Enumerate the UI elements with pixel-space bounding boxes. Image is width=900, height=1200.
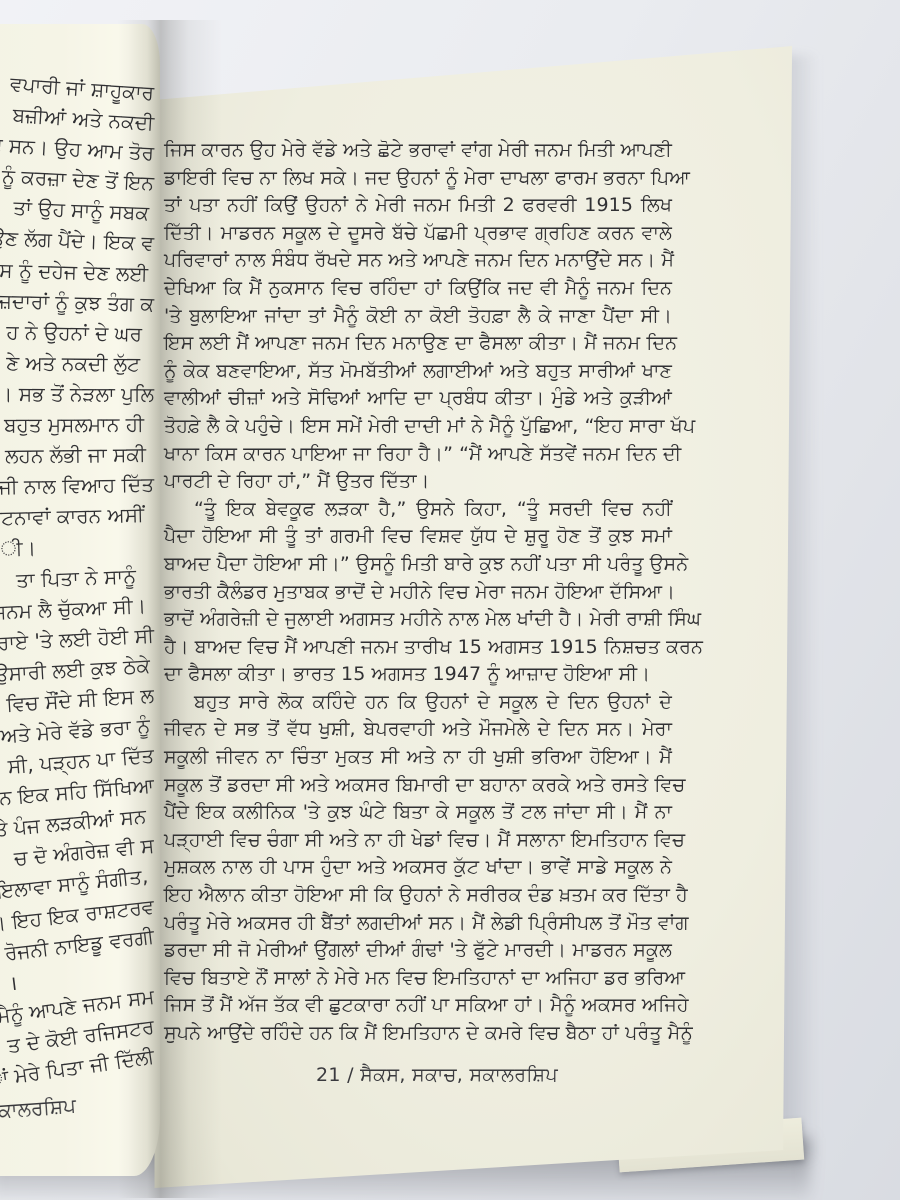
page-number: 21	[316, 1064, 341, 1086]
text-line: ਹੈ। ਬਾਅਦ ਵਿਚ ਮੈਂ ਆਪਣੀ ਜਨਮ ਤਾਰੀਖ 15 ਅਗਸਤ …	[164, 634, 672, 662]
page-footer: 21 / ਸੈਕਸ, ਸਕਾਚ, ਸਕਾਲਰਸ਼ਿਪ	[316, 1064, 558, 1086]
text-line: ਇਹ ਐਲਾਨ ਕੀਤਾ ਹੋਇਆ ਸੀ ਕਿ ਉਹਨਾਂ ਨੇ ਸਰੀਰਕ ਦ…	[164, 882, 672, 910]
text-line: ਡਰਦਾ ਸੀ ਜੋ ਮੇਰੀਆਂ ਉਂਗਲਾਂ ਦੀਆਂ ਗੰਢਾਂ 'ਤੇ …	[164, 937, 672, 965]
right-page: ਜਿਸ ਕਾਰਨ ਉਹ ਮੇਰੇ ਵੱਡੇ ਅਤੇ ਛੋਟੇ ਭਰਾਵਾਂ ਵਾ…	[152, 38, 794, 1188]
text-line: ਭਾਰਤੀ ਕੈਲੰਡਰ ਮੁਤਾਬਕ ਭਾਦੋਂ ਦੇ ਮਹੀਨੇ ਵਿਚ ਮ…	[164, 579, 672, 607]
left-page-text-block: ਵਪਾਰੀ ਜਾਂ ਸ਼ਾਹੂਕਾਰਬਜ਼ੀਆਂ ਅਤੇ ਨਕਦੀਦੇ ਸਨ। …	[0, 78, 154, 1071]
text-line: ਵਿਚ ਬਿਤਾਏ ਨੌਂ ਸਾਲਾਂ ਨੇ ਮੇਰੇ ਮਨ ਵਿਚ ਇਮਤਿਹ…	[164, 965, 672, 993]
text-line: ਜੀਵਨ ਦੇ ਸਭ ਤੋਂ ਵੱਧ ਖੁਸ਼ੀ, ਬੇਪਰਵਾਹੀ ਅਤੇ ਮ…	[164, 716, 672, 744]
left-page-text-fragment: ਹ ਨੇ ਉਹਨਾਂ ਦੇ ਘਰ	[0, 312, 154, 348]
left-page-curled: ਵਪਾਰੀ ਜਾਂ ਸ਼ਾਹੂਕਾਰਬਜ਼ੀਆਂ ਅਤੇ ਨਕਦੀਦੇ ਸਨ। …	[0, 24, 160, 1176]
text-line: ਬਾਅਦ ਪੈਦਾ ਹੋਇਆ ਸੀ।” ਉਸਨੂੰ ਮਿਤੀ ਬਾਰੇ ਕੁਝ …	[164, 551, 672, 579]
text-line: ਸਕੂਲੀ ਜੀਵਨ ਨਾ ਚਿੰਤਾ ਮੁਕਤ ਸੀ ਅਤੇ ਨਾ ਹੀ ਖੁ…	[164, 744, 672, 772]
text-line: ਖਾਨਾ ਕਿਸ ਕਾਰਨ ਪਾਇਆ ਜਾ ਰਿਹਾ ਹੈ।” “ਮੈਂ ਆਪਣ…	[164, 441, 672, 469]
text-line: ਨੂੰ ਕੇਕ ਬਣਵਾਇਆ, ਸੱਤ ਮੋਮਬੱਤੀਆਂ ਲਗਾਈਆਂ ਅਤੇ…	[164, 358, 672, 386]
text-line: ਤਾਂ ਪਤਾ ਨਹੀਂ ਕਿਉਂ ਉਹਨਾਂ ਨੇ ਮੇਰੀ ਜਨਮ ਮਿਤੀ…	[164, 192, 672, 220]
open-book-photo: ਜਿਸ ਕਾਰਨ ਉਹ ਮੇਰੇ ਵੱਡੇ ਅਤੇ ਛੋਟੇ ਭਰਾਵਾਂ ਵਾ…	[0, 0, 900, 1200]
text-line: ਵਾਲੀਆਂ ਚੀਜ਼ਾਂ ਅਤੇ ਸੋਢਿਆਂ ਆਦਿ ਦਾ ਪ੍ਰਬੰਧ ਕ…	[164, 385, 672, 413]
text-line: ਤੋਹਫ਼ੇ ਲੈ ਕੇ ਪਹੁੰਚੇ। ਇਸ ਸਮੇਂ ਮੇਰੀ ਦਾਦੀ ਮ…	[164, 413, 672, 441]
text-line: ਦਿੱਤੀ। ਮਾਡਰਨ ਸਕੂਲ ਦੇ ਦੂਸਰੇ ਬੱਚੇ ਪੱਛਮੀ ਪ੍…	[164, 220, 672, 248]
text-line: ਜਿਸ ਕਾਰਨ ਉਹ ਮੇਰੇ ਵੱਡੇ ਅਤੇ ਛੋਟੇ ਭਰਾਵਾਂ ਵਾ…	[164, 137, 672, 165]
text-line: ਦਾ ਫੈਸਲਾ ਕੀਤਾ। ਭਾਰਤ 15 ਅਗਸਤ 1947 ਨੂੰ ਆਜ਼…	[164, 661, 672, 689]
text-line: ਪਰੰਤੂ ਮੇਰੇ ਅਕਸਰ ਹੀ ਬੈਂਤਾਂ ਲਗਦੀਆਂ ਸਨ। ਮੈਂ…	[164, 910, 672, 938]
text-line: ਪੈਦਾ ਹੋਇਆ ਸੀ ਤੂੰ ਤਾਂ ਗਰਮੀ ਵਿਚ ਵਿਸ਼ਵ ਯੁੱਧ…	[164, 523, 672, 551]
text-line: 'ਤੇ ਬੁਲਾਇਆ ਜਾਂਦਾ ਤਾਂ ਮੈਨੂੰ ਕੋਈ ਨਾ ਕੋਈ ਤੋ…	[164, 303, 672, 331]
text-line: ਭਾਦੋਂ ਅੰਗਰੇਜ਼ੀ ਦੇ ਜੁਲਾਈ ਅਗਸਤ ਮਹੀਨੇ ਨਾਲ ਮ…	[164, 606, 672, 634]
text-line: “ਤੂੰ ਇਕ ਬੇਵਕੂਫ ਲੜਕਾ ਹੈ,” ਉਸਨੇ ਕਿਹਾ, “ਤੂੰ…	[164, 496, 672, 524]
text-line: ਪੈਂਦੇ ਇਕ ਕਲੀਨਿਕ 'ਤੇ ਕੁਝ ਘੰਟੇ ਬਿਤਾ ਕੇ ਸਕੂ…	[164, 799, 672, 827]
text-line: ਸੁਪਨੇ ਆਉਂਦੇ ਰਹਿੰਦੇ ਹਨ ਕਿ ਮੈਂ ਇਮਤਿਹਾਨ ਦੇ …	[164, 1020, 672, 1048]
text-line: ਇਸ ਲਈ ਮੈਂ ਆਪਣਾ ਜਨਮ ਦਿਨ ਮਨਾਉਣ ਦਾ ਫੈਸਲਾ ਕੀ…	[164, 330, 672, 358]
footer-separator: /	[341, 1064, 360, 1086]
text-line: ਪਾਰਟੀ ਦੇ ਰਿਹਾ ਹਾਂ,” ਮੈਂ ਉਤਰ ਦਿੱਤਾ।	[164, 468, 672, 496]
running-title: ਸੈਕਸ, ਸਕਾਚ, ਸਕਾਲਰਸ਼ਿਪ	[360, 1064, 558, 1086]
left-page-text-fragment: ਏ। ਸਭ ਤੋਂ ਨੇੜਲਾ ਪੁਲਿ	[0, 378, 154, 409]
text-line: ਦੇਖਿਆ ਕਿ ਮੈਂ ਨੁਕਸਾਨ ਵਿਚ ਰਹਿੰਦਾ ਹਾਂ ਕਿਉਂਕ…	[164, 275, 672, 303]
text-line: ਪੜ੍ਹਾਈ ਵਿਚ ਚੰਗਾ ਸੀ ਅਤੇ ਨਾ ਹੀ ਖੇਡਾਂ ਵਿਚ। …	[164, 827, 672, 855]
text-line: ਪਰਿਵਾਰਾਂ ਨਾਲ ਸੰਬੰਧ ਰੱਖਦੇ ਸਨ ਅਤੇ ਆਪਣੇ ਜਨਮ…	[164, 247, 672, 275]
text-line: ਮੁਸ਼ਕਲ ਨਾਲ ਹੀ ਪਾਸ ਹੁੰਦਾ ਅਤੇ ਅਕਸਰ ਕੁੱਟ ਖਾ…	[164, 854, 672, 882]
left-page-footer-fragment: ਕਾਲਰਸ਼ਿਪ	[0, 1093, 77, 1122]
text-line: ਬਹੁਤ ਸਾਰੇ ਲੋਕ ਕਹਿੰਦੇ ਹਨ ਕਿ ਉਹਨਾਂ ਦੇ ਸਕੂਲ…	[164, 689, 672, 717]
text-line: ਡਾਇਰੀ ਵਿਚ ਨਾ ਲਿਖ ਸਕੇ। ਜਦ ਉਹਨਾਂ ਨੂੰ ਮੇਰਾ …	[164, 165, 672, 193]
text-line: ਜਿਸ ਤੋਂ ਮੈਂ ਅੱਜ ਤੱਕ ਵੀ ਛੁਟਕਾਰਾ ਨਹੀਂ ਪਾ ਸ…	[164, 992, 672, 1020]
left-page-text-fragment: ਣੇ ਅਤੇ ਨਕਦੀ ਲੁੱਟ	[0, 345, 154, 379]
text-line: ਸਕੂਲ ਤੋਂ ਡਰਦਾ ਸੀ ਅਤੇ ਅਕਸਰ ਬਿਮਾਰੀ ਦਾ ਬਹਾਨ…	[164, 772, 672, 800]
right-page-text-block: ਜਿਸ ਕਾਰਨ ਉਹ ਮੇਰੇ ਵੱਡੇ ਅਤੇ ਛੋਟੇ ਭਰਾਵਾਂ ਵਾ…	[164, 137, 672, 1048]
left-page-text-fragment: ਬਹੁਤ ਮੁਸਲਮਾਨ ਹੀ	[0, 409, 154, 441]
